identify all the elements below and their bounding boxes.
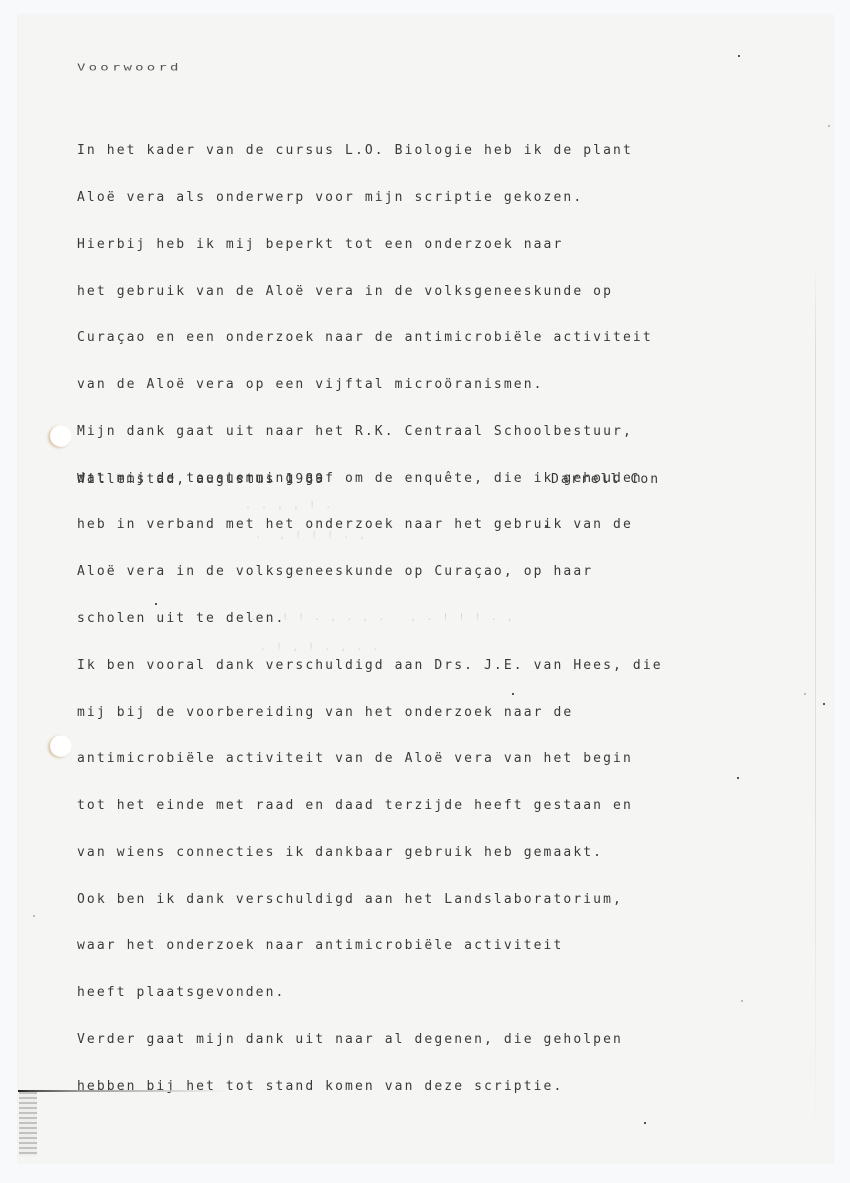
dust-speck <box>33 915 35 917</box>
page-title: Voorwoord <box>77 62 182 73</box>
text-line: waar het onderzoek naar antimicrobiële a… <box>77 938 663 954</box>
text-line: Verder gaat mijn dank uit naar al degene… <box>77 1032 663 1048</box>
place-and-date: Willemstad, augustus 1989 <box>77 472 325 487</box>
dust-speck <box>644 1122 646 1124</box>
scan-artifact-line <box>18 1090 228 1092</box>
bleed-through-mark: . . , , ! . <box>245 500 333 511</box>
bleed-through-mark: . ! , ! . , . . <box>260 642 380 653</box>
text-line: In het kader van de cursus L.O. Biologie… <box>77 143 663 159</box>
author-name: Darrell Con <box>551 472 660 487</box>
text-line: Hierbij heb ik mij beperkt tot een onder… <box>77 237 663 253</box>
dust-speck <box>741 1000 743 1002</box>
text-line: Ook ben ik dank verschuldigd aan het Lan… <box>77 892 663 908</box>
dust-speck <box>737 777 739 779</box>
dust-speck <box>804 693 806 695</box>
text-line: tot het einde met raad en daad terzijde … <box>77 798 663 814</box>
text-line: hebben bij het tot stand komen van deze … <box>77 1079 663 1095</box>
text-line: heeft plaatsgevonden. <box>77 985 663 1001</box>
text-line: Ik ben vooral dank verschuldigd aan Drs.… <box>77 658 663 674</box>
text-line: het gebruik van de Aloë vera in de volks… <box>77 284 663 300</box>
text-line: van wiens connecties ik dankbaar gebruik… <box>77 845 663 861</box>
preface-body: In het kader van de cursus L.O. Biologie… <box>77 112 663 1110</box>
bleed-through-mark: . , ! ! ! . , <box>255 530 367 541</box>
dust-speck <box>155 603 157 605</box>
page-fold-line <box>815 265 816 1145</box>
punch-hole <box>50 425 72 447</box>
text-line: heb in verband met het onderzoek naar he… <box>77 517 663 533</box>
punch-hole <box>50 735 72 757</box>
dust-speck <box>823 703 825 705</box>
scan-artifact-noise <box>19 1092 37 1156</box>
text-line: Aloë vera in de volksgeneeskunde op Cura… <box>77 564 663 580</box>
dust-speck <box>545 525 547 527</box>
bleed-through-mark: . , ! ! . , . , . , . ! ! ! . , <box>250 612 515 623</box>
text-line: mij bij de voorbereiding van het onderzo… <box>77 705 663 721</box>
text-line: Curaçao en een onderzoek naar de antimic… <box>77 330 663 346</box>
text-line: antimicrobiële activiteit van de Aloë ve… <box>77 751 663 767</box>
text-line: van de Aloë vera op een vijftal microöra… <box>77 377 663 393</box>
dust-speck <box>828 125 830 127</box>
dust-speck <box>512 693 514 695</box>
dust-speck <box>738 55 740 57</box>
text-line: Mijn dank gaat uit naar het R.K. Centraa… <box>77 424 663 440</box>
text-line: Aloë vera als onderwerp voor mijn script… <box>77 190 663 206</box>
